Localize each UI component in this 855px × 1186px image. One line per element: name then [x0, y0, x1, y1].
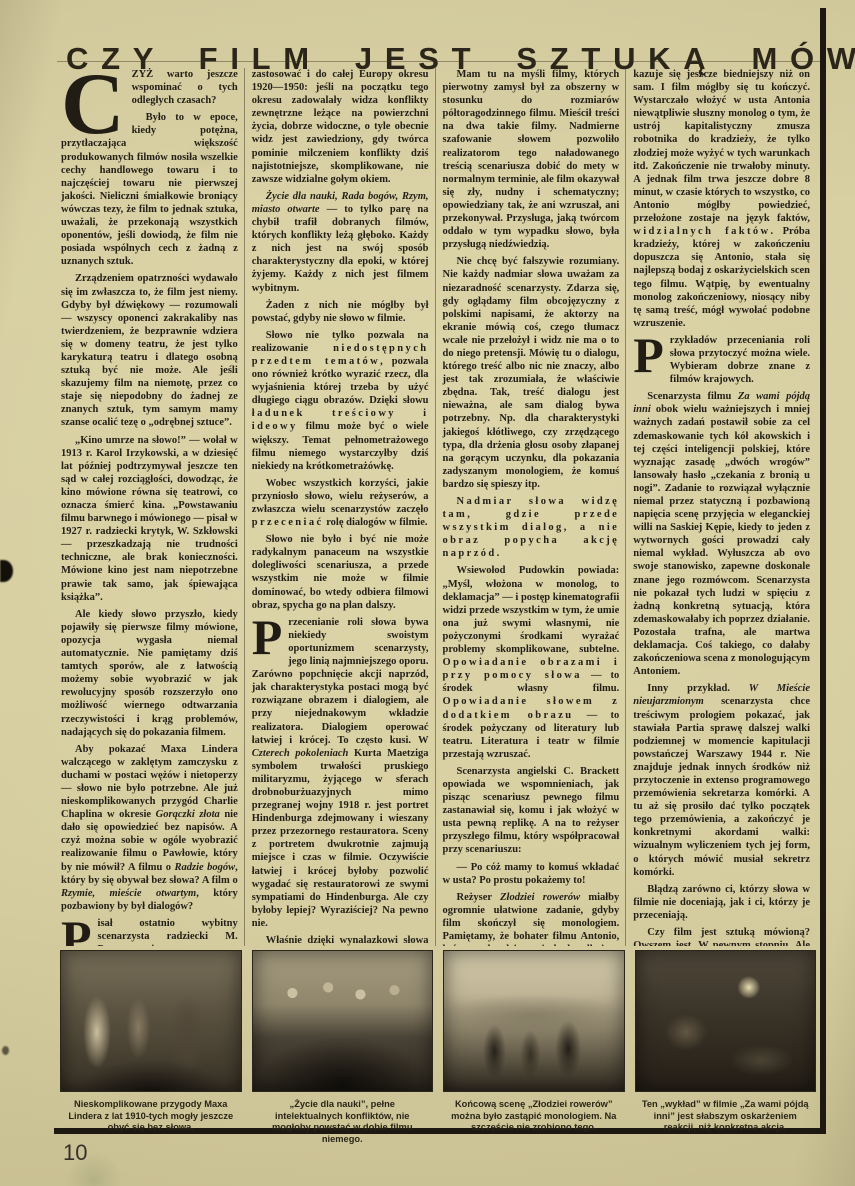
paragraph: Ale kiedy słowo przyszło, kiedy pojawiły… — [61, 608, 238, 739]
paragraph: Życie dla nauki, Rada bogów, Rzym, miast… — [252, 190, 429, 295]
article-body: CZYŻ warto jeszcze wspominać o tych odle… — [60, 68, 816, 946]
column-4: kazuje się jeszcze biedniejszy niż on sa… — [632, 68, 816, 946]
photo-caption: Ten „wykład” w filmie „Za wami pójdą inn… — [635, 1099, 817, 1134]
binding-mark-small — [2, 1046, 9, 1055]
paragraph: — Po cóż mamy to komuś wkładać w usta? P… — [443, 861, 620, 887]
photo-strip: Nieskomplikowane przygody Maxa Lindera z… — [60, 950, 816, 1145]
paragraph: CZYŻ warto jeszcze wspominać o tych odle… — [61, 68, 238, 107]
paragraph: zastosować i do całej Europy okresu 1920… — [252, 68, 429, 186]
photo-caption: Końcową scenę „Złodziei rowerów” można b… — [443, 1099, 625, 1134]
paragraph: Słowo nie było i być nie może radykalnym… — [252, 533, 429, 612]
paragraph: Mam tu na myśli filmy, których pierwotny… — [443, 68, 620, 251]
drop-cap: P — [252, 616, 289, 656]
magazine-page: CZY FILM JEST SZTUKĄ MÓWIONĄ? CZYŻ warto… — [0, 0, 855, 1186]
column-3: Mam tu na myśli filmy, których pierwotny… — [442, 68, 627, 946]
film-still-photo — [252, 950, 434, 1092]
paragraph: Czy film jest sztuką mówioną? Owszem jes… — [633, 926, 810, 946]
paragraph: Pisał ostatnio wybitny scenarzysta radzi… — [61, 917, 238, 946]
paragraph: Błądzą zarówno ci, którzy słowa w filmie… — [633, 883, 810, 922]
paragraph: Zrządzeniem opatrzności wydawało się im … — [61, 272, 238, 429]
title-divider — [57, 61, 821, 62]
paragraph: Scenarzysta angielski C. Brackett opowia… — [443, 765, 620, 857]
column-1: CZYŻ warto jeszcze wspominać o tych odle… — [60, 68, 245, 946]
paragraph: Wsiewołod Pudowkin powiada: „Myśl, włożo… — [443, 564, 620, 760]
paragraph: Właśnie dzięki wynalazkowi słowa możliwe… — [252, 934, 429, 946]
paragraph: „Kino umrze na słowo!” — wołał w 1913 r.… — [61, 434, 238, 604]
column-2: zastosować i do całej Europy okresu 1920… — [251, 68, 436, 946]
paragraph: Żaden z nich nie mógłby był powstać, gdy… — [252, 299, 429, 325]
paragraph: Wobec wszystkich korzyści, jakie przynio… — [252, 477, 429, 529]
film-still-photo — [60, 950, 242, 1092]
film-still-photo — [443, 950, 625, 1092]
paragraph: kazuje się jeszcze biedniejszy niż on sa… — [633, 68, 810, 330]
paragraph: Słowo nie tylko pozwala na realizowanie … — [252, 329, 429, 473]
paragraph: Nadmiar słowa widzę tam, gdzie przede ws… — [443, 495, 620, 560]
drop-cap: P — [633, 334, 670, 374]
paragraph: Przykładów przeceniania roli słowa przyt… — [633, 334, 810, 386]
photo-card-max-linder: Nieskomplikowane przygody Maxa Lindera z… — [60, 950, 242, 1145]
drop-cap: P — [61, 917, 98, 946]
paragraph: Scenarzysta filmu Za wami pójdą inni obo… — [633, 390, 810, 678]
paragraph: Nie chcę być fałszywie rozumiany. Nie ka… — [443, 255, 620, 491]
paragraph: Aby pokazać Maxa Lindera walczącego w za… — [61, 743, 238, 913]
photo-caption: „Życie dla nauki”, pełne intelektualnych… — [252, 1099, 434, 1145]
photo-caption: Nieskomplikowane przygody Maxa Lindera z… — [60, 1099, 242, 1134]
photo-card-za-wami-pojda-inni: Ten „wykład” w filmie „Za wami pójdą inn… — [635, 950, 817, 1145]
paragraph: Inny przykład. W Mieście nieujarzmionym … — [633, 682, 810, 878]
paragraph: Przecenianie roli słowa bywa niekiedy sw… — [252, 616, 429, 930]
page-number: 10 — [63, 1140, 87, 1166]
film-still-photo — [635, 950, 817, 1092]
paragraph: Reżyser Złodziei rowerów miałby ogromnie… — [443, 891, 620, 946]
photo-card-zycie-dla-nauki: „Życie dla nauki”, pełne intelektualnych… — [252, 950, 434, 1145]
photo-card-zlodzieje-rowerow: Końcową scenę „Złodziei rowerów” można b… — [443, 950, 625, 1145]
binding-mark — [0, 560, 13, 582]
drop-cap: C — [61, 68, 132, 137]
right-border-rule — [820, 8, 826, 1134]
